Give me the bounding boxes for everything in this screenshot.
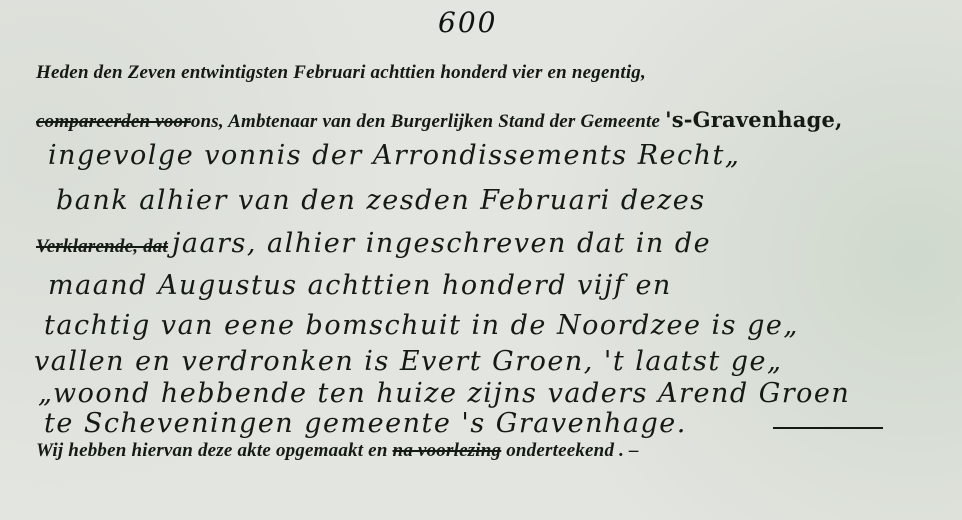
line-8-text: vallen en verdronken is Evert Groen, 't …: [34, 346, 783, 377]
line-3-text: ingevolge vonnis der Arrondissements Rec…: [48, 140, 740, 171]
line-6: maand Augustus achttien honderd vijf en: [48, 270, 672, 301]
line-7: tachtig van eene bomschuit in de Noordze…: [44, 310, 799, 341]
line-3: ingevolge vonnis der Arrondissements Rec…: [48, 140, 740, 171]
line-8: vallen en verdronken is Evert Groen, 't …: [34, 346, 783, 377]
line-4: bank alhier van den zesden Februari deze…: [56, 185, 706, 216]
line-1-text: Heden den Zeven entwintigsten Februari a…: [36, 62, 646, 83]
line-5: Verklarende, dat jaars, alhier ingeschre…: [36, 228, 711, 259]
line-9-text: „woond hebbende ten huize zijns vaders A…: [38, 378, 850, 409]
line-filler-dash: [773, 427, 883, 429]
line-6-text: maand Augustus achttien honderd vijf en: [48, 270, 672, 301]
line-4-text: bank alhier van den zesden Februari deze…: [56, 185, 706, 216]
line-5-text: jaars, alhier ingeschreven dat in de: [172, 228, 711, 259]
line-11-text-after: onderteekend . –: [501, 440, 638, 461]
line-1: Heden den Zeven entwintigsten Februari a…: [36, 62, 646, 84]
line-2-struck-text: compareerden voor: [36, 111, 191, 132]
line-9: „woond hebbende ten huize zijns vaders A…: [38, 378, 850, 409]
line-11-text-before: Wij hebben hiervan deze akte opgemaakt e…: [36, 440, 393, 461]
line-10-text: te Scheveningen gemeente 's Gravenhage.: [44, 408, 687, 439]
line-7-text: tachtig van eene bomschuit in de Noordze…: [44, 310, 799, 341]
line-2-gothic-text: 's-Gravenhage,: [665, 107, 842, 132]
line-5-struck-text: Verklarende, dat: [36, 236, 168, 257]
line-2-text: ons, Ambtenaar van den Burgerlijken Stan…: [191, 111, 665, 132]
line-10: te Scheveningen gemeente 's Gravenhage.: [44, 408, 687, 439]
line-11-struck-text: na voorlezing: [393, 440, 502, 461]
document-page: 600 Heden den Zeven entwintigsten Februa…: [0, 0, 962, 520]
line-11: Wij hebben hiervan deze akte opgemaakt e…: [36, 440, 639, 462]
line-2: compareerden voorons, Ambtenaar van den …: [36, 107, 843, 133]
page-number: 600: [438, 6, 497, 39]
